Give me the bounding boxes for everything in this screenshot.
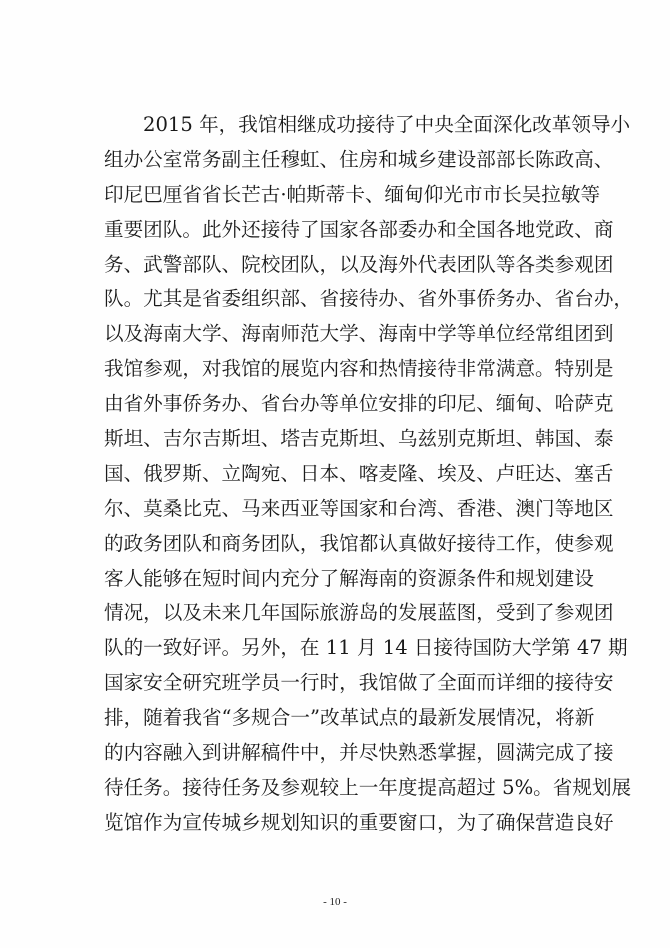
text-line: 我馆参观，对我馆的展览内容和热情接待非常满意。特别是 bbox=[104, 352, 568, 387]
text-line: 由省外事侨务办、省台办等单位安排的印尼、缅甸、哈萨克 bbox=[104, 387, 568, 422]
text-line: 国家安全研究班学员一行时，我馆做了全面而详细的接待安 bbox=[104, 666, 568, 701]
text-line: 队。尤其是省委组织部、省接待办、省外事侨务办、省台办， bbox=[104, 282, 568, 317]
text-line: 尔、莫桑比克、马来西亚等国家和台湾、香港、澳门等地区 bbox=[104, 492, 568, 527]
text-line: 的内容融入到讲解稿件中，并尽快熟悉掌握，圆满完成了接 bbox=[104, 736, 568, 771]
text-line: 的政务团队和商务团队，我馆都认真做好接待工作，使参观 bbox=[104, 527, 568, 562]
document-page: 2015 年，我馆相继成功接待了中央全面深化改革领导小 组办公室常务副主任穆虹、… bbox=[0, 0, 670, 948]
text-line: 2015 年，我馆相继成功接待了中央全面深化改革领导小 bbox=[104, 108, 568, 143]
body-paragraph: 2015 年，我馆相继成功接待了中央全面深化改革领导小 组办公室常务副主任穆虹、… bbox=[104, 108, 568, 841]
text-line: 情况，以及未来几年国际旅游岛的发展蓝图，受到了参观团 bbox=[104, 596, 568, 631]
text-line: 组办公室常务副主任穆虹、住房和城乡建设部部长陈政高、 bbox=[104, 143, 568, 178]
text-line: 斯坦、吉尔吉斯坦、塔吉克斯坦、乌兹别克斯坦、韩国、泰 bbox=[104, 422, 568, 457]
text-line: 务、武警部队、院校团队，以及海外代表团队等各类参观团 bbox=[104, 248, 568, 283]
text-line: 以及海南大学、海南师范大学、海南中学等单位经常组团到 bbox=[104, 317, 568, 352]
text-line: 印尼巴厘省省长芒古·帕斯蒂卡、缅甸仰光市市长吴拉敏等 bbox=[104, 178, 568, 213]
text-line: 览馆作为宣传城乡规划知识的重要窗口，为了确保营造良好 bbox=[104, 806, 568, 841]
text-line: 待任务。接待任务及参观较上一年度提高超过 5%。省规划展 bbox=[104, 771, 568, 806]
text-line: 客人能够在短时间内充分了解海南的资源条件和规划建设 bbox=[104, 562, 568, 597]
page-number: - 10 - bbox=[0, 896, 670, 908]
text-line: 重要团队。此外还接待了国家各部委办和全国各地党政、商 bbox=[104, 213, 568, 248]
text-line: 队的一致好评。另外，在 11 月 14 日接待国防大学第 47 期 bbox=[104, 631, 568, 666]
text-line: 国、俄罗斯、立陶宛、日本、喀麦隆、埃及、卢旺达、塞舌 bbox=[104, 457, 568, 492]
text-line: 排，随着我省“多规合一”改革试点的最新发展情况，将新 bbox=[104, 701, 568, 736]
